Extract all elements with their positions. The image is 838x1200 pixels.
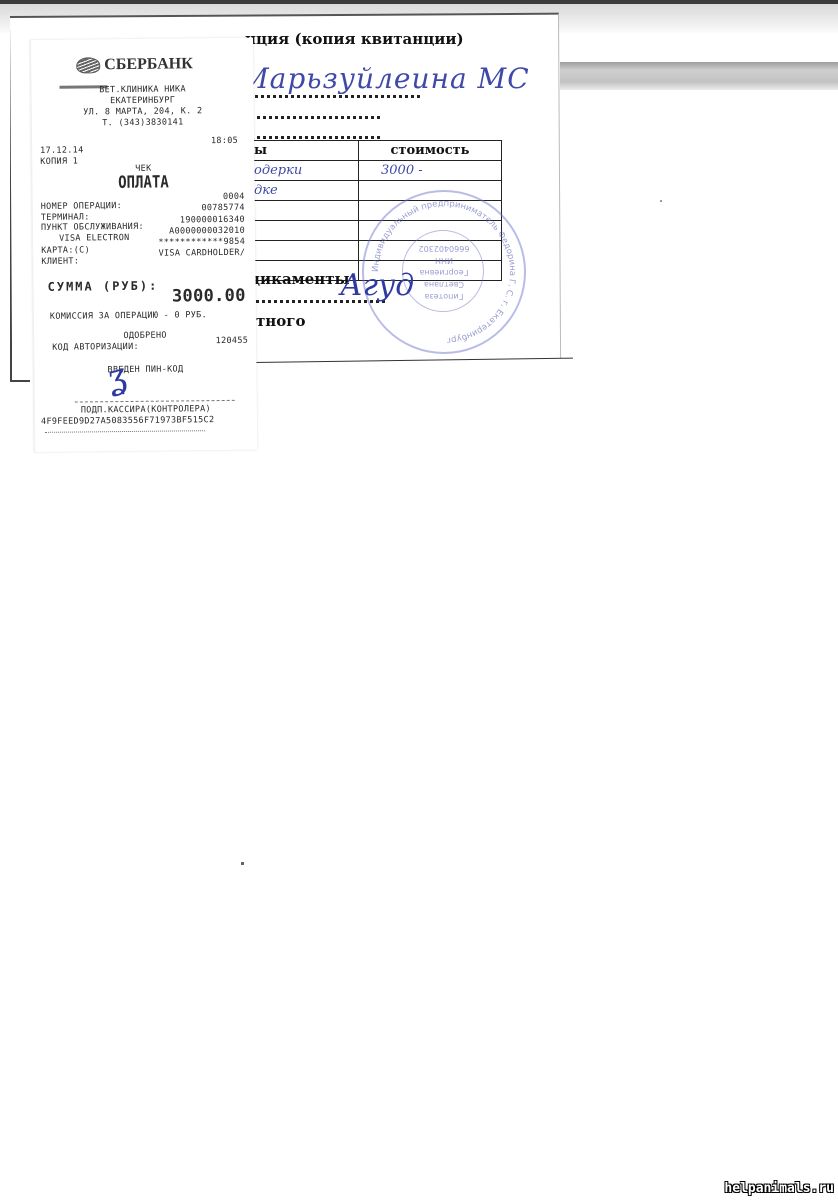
sum-value: 3000.00 [172, 286, 246, 307]
stamp-line: ИНН [435, 254, 453, 266]
field-value: ************9854 [158, 237, 245, 248]
invoice-last-label: тного [256, 312, 305, 330]
table-header-row: ы стоимость [250, 141, 502, 161]
merchant-phone: Т. (343)3830141 [32, 117, 254, 129]
service-cell: одерки [250, 161, 359, 181]
stamp-line: Светлана [424, 278, 464, 290]
dotted-line [250, 116, 380, 119]
table-row: одерки 3000 - [250, 161, 502, 181]
header-services: ы [250, 141, 359, 161]
scan-speck [660, 200, 662, 202]
receipt-end-line [45, 430, 205, 433]
field-label: VISA ELECTRON [59, 233, 130, 244]
pin-entered: ВВЕДЕН ПИН-КОД [34, 364, 256, 376]
field-label: ТЕРМИНАЛ: [41, 212, 90, 223]
receipt-date: 17.12.14 [40, 145, 83, 155]
commission-line: КОМИССИЯ ЗА ОПЕРАЦИЮ - 0 РУБ. [50, 310, 207, 322]
service-cell [250, 221, 359, 241]
stamp-line: Георгиевна [420, 266, 469, 278]
auth-code-label: КОД АВТОРИЗАЦИИ: [52, 342, 139, 353]
receipt-time: 18:05 [211, 136, 238, 146]
invoice-title: нция (копия квитанции) [245, 30, 464, 48]
dotted-line [250, 136, 380, 139]
field-label: КЛИЕНТ: [41, 256, 79, 266]
scan-speck [241, 862, 244, 865]
header-cost: стоимость [359, 141, 502, 161]
auth-code-value: 120455 [216, 336, 249, 346]
medicines-label: дикаменты [250, 270, 350, 288]
field-value: 0004 [223, 192, 245, 202]
service-cell [250, 201, 359, 221]
cashier-signature-label: ПОДП.КАССИРА(КОНТРОЛЕРА) [35, 404, 257, 416]
bank-brand: СБЕРБАНК [76, 55, 193, 74]
invoice-signature: Агуд [340, 268, 414, 303]
service-cell [250, 241, 359, 261]
site-watermark: helpanimals.ru [724, 1181, 834, 1196]
sberbank-logo-icon [76, 57, 100, 73]
service-cell: дке [250, 181, 359, 201]
cashier-signature-scribble: ʓ [102, 355, 131, 399]
sum-label: СУММА (РУБ): [48, 279, 159, 294]
stamp-line: 6660402302 [419, 242, 470, 254]
signature-line [75, 400, 235, 403]
stamp-line: Гипотеза [425, 290, 464, 302]
receipt-operation-type: ОПЛАТА [32, 172, 254, 194]
cost-cell: 3000 - [359, 161, 502, 181]
invoice-left-foot [10, 380, 30, 382]
field-label: ПУНКТ ОБСЛУЖИВАНИЯ: [41, 222, 144, 233]
bank-name: СБЕРБАНК [104, 55, 193, 74]
dotted-line [250, 95, 420, 98]
field-value: 190000016340 [180, 215, 245, 226]
field-value: 00785774 [201, 203, 244, 213]
scan-artifact-band [560, 62, 838, 90]
transaction-hash: 4F9FEED9D27A5083556F71973BF515C2 [41, 415, 214, 427]
invoice-recipient: Марьзуйлеина МС [240, 62, 530, 95]
field-value: A0000000032010 [169, 226, 245, 237]
payment-receipt: СБЕРБАНК ВЕТ.КЛИНИКА НИКА ЕКАТЕРИНБУРГ У… [30, 38, 257, 452]
field-label: НОМЕР ОПЕРАЦИИ: [41, 201, 122, 212]
field-label: КАРТА:(C) [41, 245, 90, 256]
field-value: VISA CARDHOLDER/ [159, 248, 246, 259]
